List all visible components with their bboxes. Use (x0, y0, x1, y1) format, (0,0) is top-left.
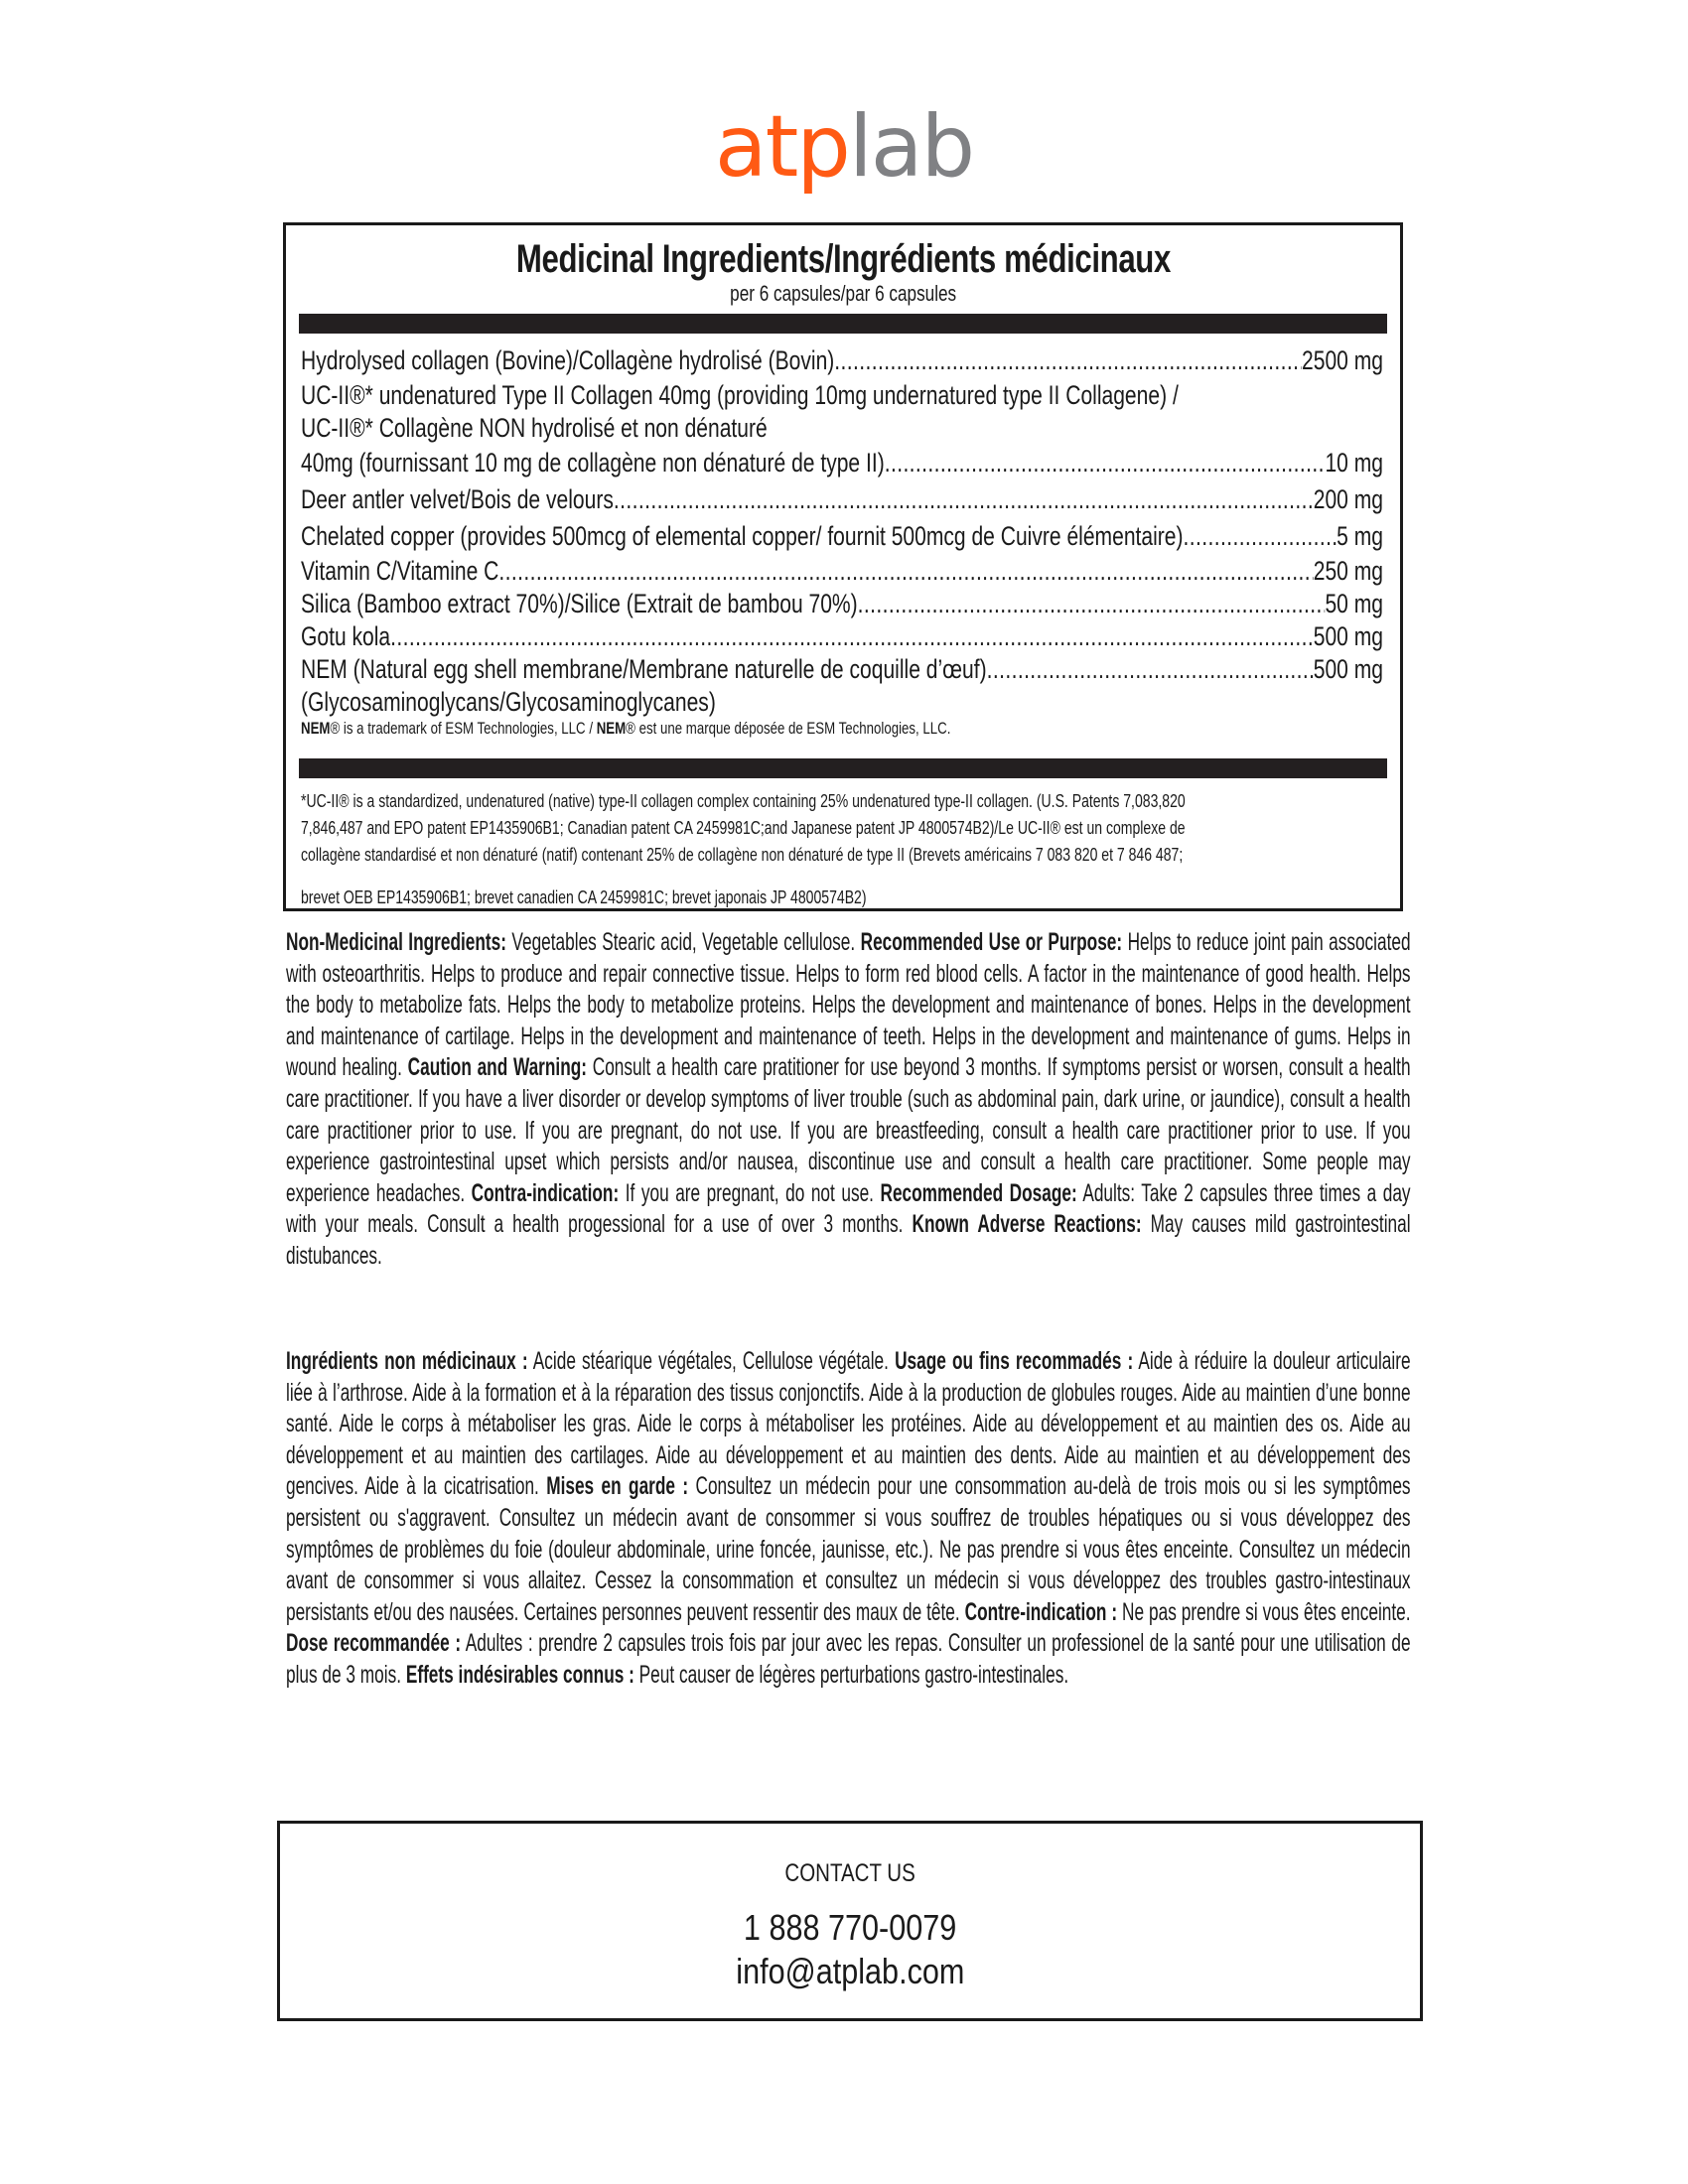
ingredient-amount: 500 mg (1314, 620, 1383, 653)
dot-leader (390, 620, 1314, 653)
ingredient-amount: 5 mg (1336, 518, 1383, 555)
trademark-bold-2: NEM (597, 719, 626, 738)
logo-part-atp: atp (715, 97, 849, 197)
section-text: Ne pas prendre si vous êtes enceinte. (1117, 1598, 1410, 1626)
ingredients-list: Hydrolysed collagen (Bovine)/Collagène h… (301, 342, 1385, 719)
section-label: Mises en garde : (546, 1472, 688, 1500)
ingredient-name: Chelated copper (provides 500mcg of elem… (301, 518, 1184, 555)
ingredient-name: Vitamin C/Vitamine C (301, 555, 498, 588)
section-text: Acide stéarique végétales, Cellulose vég… (528, 1347, 895, 1375)
section-text: Vegetables Stearic acid, Vegetable cellu… (506, 928, 861, 956)
section-label: Non-Medicinal Ingredients: (286, 928, 506, 956)
ingredient-row: 40mg (fournissant 10 mg de collagène non… (301, 445, 1385, 481)
section-label: Effets indésirables connus : (406, 1661, 634, 1689)
section-label: Usage ou fins recommadés : (895, 1347, 1133, 1375)
section-text: If you are pregnant, do not use. (619, 1179, 880, 1207)
dot-leader (498, 555, 1313, 588)
dot-leader (1184, 518, 1337, 555)
ingredient-name: UC-II®* undenatured Type II Collagen 40m… (301, 379, 1179, 412)
footnote-line: brevet OEB EP1435906B1; brevet canadien … (301, 885, 1186, 911)
contact-phone-wrap: 1 888 770-0079 (280, 1907, 1420, 1949)
contact-heading-wrap: CONTACT US (280, 1859, 1420, 1888)
panel-title: Medicinal Ingredients/Ingrédients médici… (515, 237, 1170, 282)
panel-subtitle-wrap: per 6 capsules/par 6 capsules (286, 281, 1400, 307)
ingredient-row: Chelated copper (provides 500mcg of elem… (301, 518, 1385, 555)
ingredient-row: Silica (Bamboo extract 70%)/Silice (Extr… (301, 588, 1385, 620)
ingredient-amount: 2500 mg (1302, 342, 1383, 379)
trademark-text-2: ® est une marque déposée de ESM Technolo… (626, 719, 950, 738)
divider-bar-top (299, 314, 1387, 334)
ingredient-row: Hydrolysed collagen (Bovine)/Collagène h… (301, 342, 1385, 379)
dot-leader (885, 445, 1326, 481)
section-label: Contre-indication : (965, 1598, 1117, 1626)
dot-leader (834, 342, 1302, 379)
trademark-text-1: ® is a trademark of ESM Technologies, LL… (330, 719, 596, 738)
ingredient-row: (Glycosaminoglycans/Glycosaminoglycanes) (301, 686, 1385, 719)
logo-part-lab: lab (849, 97, 973, 197)
section-label: Known Adverse Reactions: (912, 1210, 1141, 1238)
footnote-line: *UC-II® is a standardized, undenatured (… (301, 788, 1186, 815)
footnote-line: 7,846,487 and EPO patent EP1435906B1; Ca… (301, 815, 1186, 842)
ingredient-name: NEM (Natural egg shell membrane/Membrane… (301, 653, 987, 686)
ingredient-name: (Glycosaminoglycans/Glycosaminoglycanes) (301, 686, 716, 719)
uc-ii-footnote: *UC-II® is a standardized, undenatured (… (301, 788, 1435, 911)
ingredient-name: 40mg (fournissant 10 mg de collagène non… (301, 445, 885, 481)
ingredient-amount: 500 mg (1314, 653, 1383, 686)
ingredient-name: Hydrolysed collagen (Bovine)/Collagène h… (301, 342, 834, 379)
section-label: Recommended Dosage: (880, 1179, 1076, 1207)
ingredient-row: UC-II®* undenatured Type II Collagen 40m… (301, 379, 1385, 412)
contact-email-wrap: info@atplab.com (280, 1951, 1420, 1992)
ingredient-row: Gotu kola 500 mg (301, 620, 1385, 653)
contact-box: CONTACT US 1 888 770-0079 info@atplab.co… (277, 1821, 1423, 2021)
ingredient-name: Silica (Bamboo extract 70%)/Silice (Extr… (301, 588, 858, 620)
dot-leader (614, 481, 1314, 518)
contact-heading: CONTACT US (784, 1859, 914, 1888)
ingredient-row: UC-II®* Collagène NON hydrolisé et non d… (301, 412, 1385, 445)
section-label: Dose recommandée : (286, 1629, 461, 1657)
panel-title-wrap: Medicinal Ingredients/Ingrédients médici… (286, 237, 1400, 282)
footnote-line: collagène standardisé et non dénaturé (n… (301, 842, 1186, 869)
ingredient-name: Gotu kola (301, 620, 390, 653)
ingredient-name: UC-II®* Collagène NON hydrolisé et non d… (301, 412, 768, 445)
ingredient-name: Deer antler velvet/Bois de velours (301, 481, 614, 518)
english-information-paragraph: Non-Medicinal Ingredients: Vegetables St… (286, 927, 1410, 1273)
contact-email[interactable]: info@atplab.com (736, 1951, 964, 1992)
contact-phone[interactable]: 1 888 770-0079 (744, 1907, 956, 1949)
ingredient-row: NEM (Natural egg shell membrane/Membrane… (301, 653, 1385, 686)
ingredient-amount: 10 mg (1325, 445, 1383, 481)
medicinal-ingredients-panel: Medicinal Ingredients/Ingrédients médici… (283, 222, 1403, 911)
panel-subtitle: per 6 capsules/par 6 capsules (730, 281, 956, 307)
dot-leader (858, 588, 1326, 620)
trademark-note: NEM® is a trademark of ESM Technologies,… (301, 719, 1134, 739)
section-text: Peut causer de légères perturbations gas… (634, 1661, 1068, 1689)
ingredient-amount: 50 mg (1325, 588, 1383, 620)
section-label: Ingrédients non médicinaux : (286, 1347, 528, 1375)
trademark-bold-1: NEM (301, 719, 330, 738)
dot-leader (987, 653, 1314, 686)
ingredient-row: Vitamin C/Vitamine C 250 mg (301, 555, 1385, 588)
french-information-paragraph: Ingrédients non médicinaux : Acide stéar… (286, 1346, 1410, 1692)
section-label: Contra-indication: (472, 1179, 620, 1207)
brand-logo: atplab (0, 104, 1688, 190)
ingredient-amount: 250 mg (1314, 555, 1383, 588)
section-label: Recommended Use or Purpose: (861, 928, 1123, 956)
ingredient-amount: 200 mg (1314, 481, 1383, 518)
divider-bar-middle (299, 758, 1387, 778)
ingredient-row: Deer antler velvet/Bois de velours200 mg (301, 481, 1385, 518)
section-label: Caution and Warning: (408, 1053, 587, 1081)
